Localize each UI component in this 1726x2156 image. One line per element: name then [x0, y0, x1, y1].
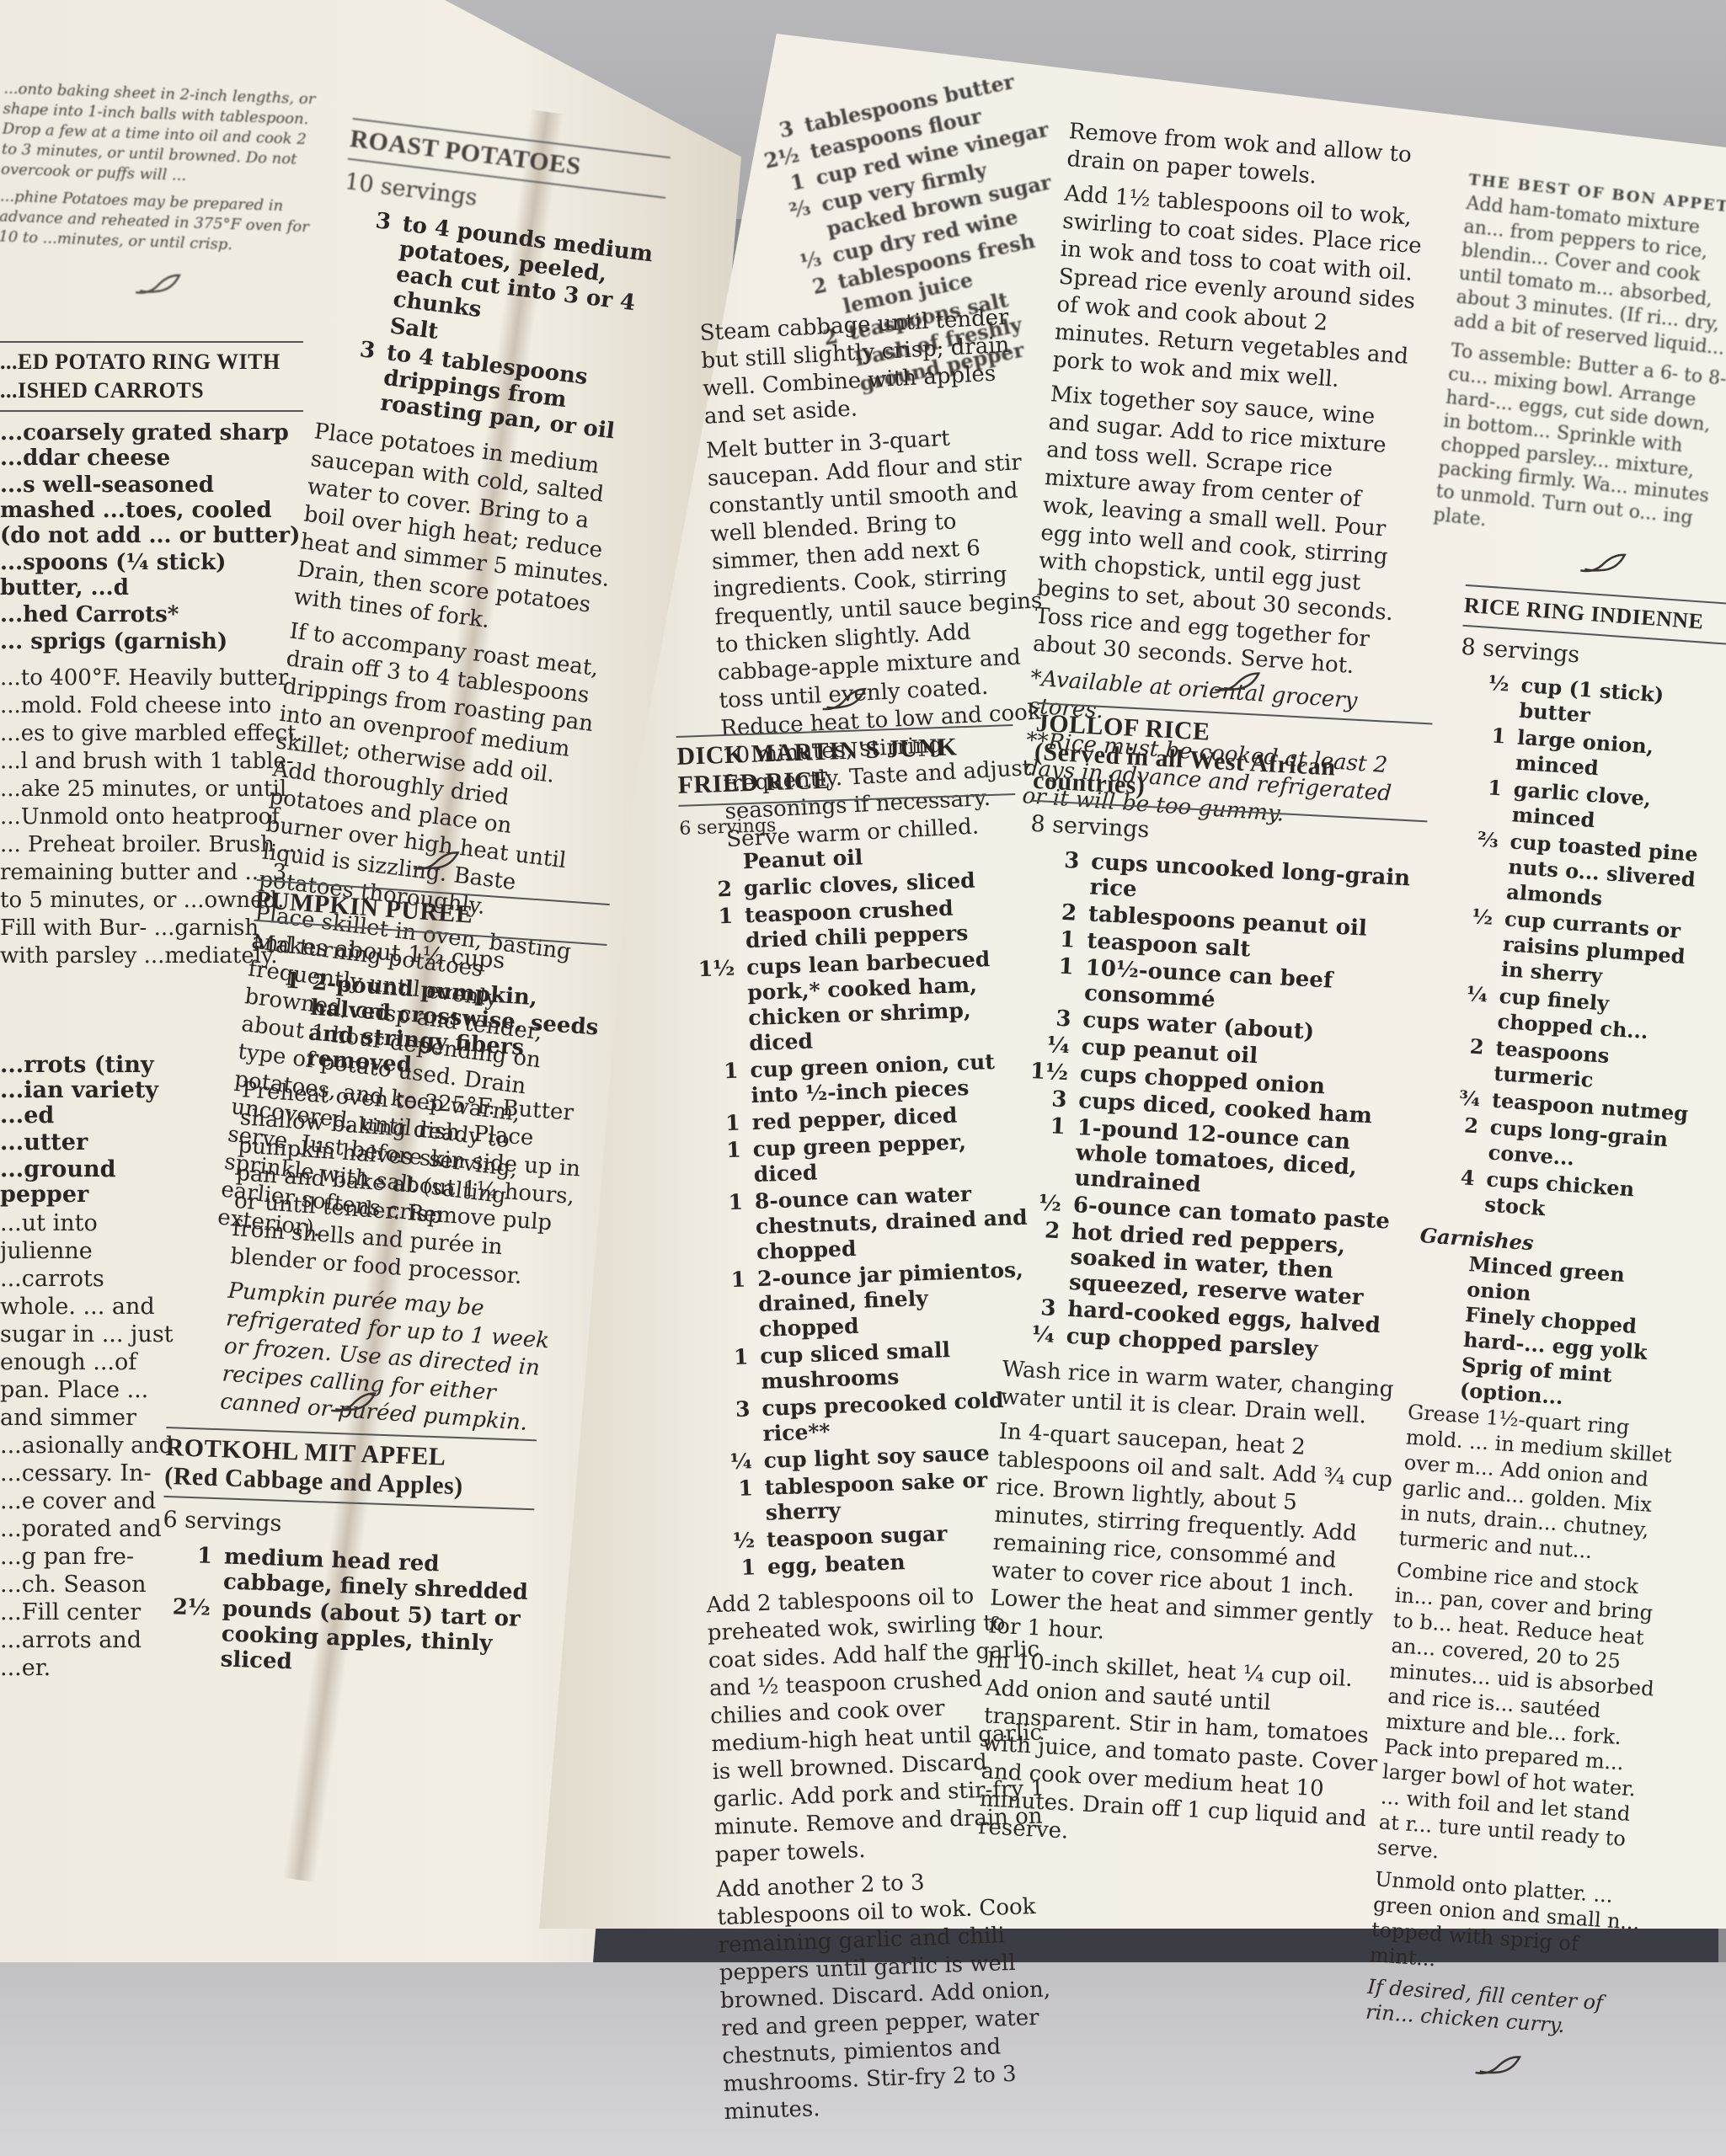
- leaf-ornament-icon: [818, 684, 869, 714]
- recipe-method: Preheat oven to 325°F. Butter shallow ba…: [229, 1076, 596, 1295]
- ingredient: ...hed Carrots*: [0, 602, 303, 627]
- ingredient-list: 3cups uncooked long-grain rice 2tablespo…: [1003, 846, 1424, 1367]
- fragment-note: ...phine Potatoes may be prepared in adv…: [0, 186, 320, 258]
- left-column-1: ...onto baking sheet in 2-inch lengths, …: [0, 78, 324, 320]
- recipe-method-step: Steam cabbage until tender but still sli…: [699, 303, 1033, 431]
- fragment-method: ...onto baking sheet in 2-inch lengths, …: [1, 78, 324, 190]
- ingredient: ...ground pepper: [0, 1157, 185, 1208]
- ingredient: ...rrots (tiny ...ian variety ...ed: [0, 1053, 185, 1129]
- recipe-title: ROTKOHL MIT APFEL (Red Cabbage and Apple…: [163, 1427, 537, 1510]
- recipe-method-step: Add another 2 to 3 tablespoons oil to wo…: [716, 1865, 1061, 2127]
- ingredient-list: Peanut oil 2garlic cloves, sliced 1teasp…: [680, 840, 1042, 1582]
- ingredient-list: 12-pound pumpkin, halved crosswise, seed…: [243, 966, 603, 1091]
- garnish-list: Minced green onion Finely chopped hard-.…: [1408, 1248, 1688, 1418]
- recipe-title: ...ED POTATO RING WITH ...ISHED CARROTS: [0, 341, 303, 412]
- recipe-method-step: In 4-quart saucepan, heat 2 tablespoons …: [988, 1418, 1395, 1661]
- ingredient-list: 1medium head red cabbage, finely shredde…: [158, 1542, 532, 1683]
- recipe-title: JOLLOF RICE (Served in all West African …: [1032, 702, 1433, 822]
- ingredient-list: 3to 4 pounds medium potatoes, peeled, ea…: [317, 204, 660, 446]
- burgundy-carrots-recipe: ...rrots (tiny ...ian variety ...ed ...u…: [0, 1053, 185, 1689]
- ingredient: 1½cups lean barbecued pork,* cooked ham,…: [684, 946, 1024, 1059]
- leaf-ornament-icon: [131, 269, 183, 299]
- ingredient: 1teaspoon crushed dried chili peppers: [682, 894, 1021, 956]
- ingredient: ... sprigs (garnish): [0, 629, 303, 654]
- ingredient: 1cup green pepper, diced: [690, 1128, 1029, 1190]
- recipe-method-step: Add 1½ tablespoons oil to wok, swirling …: [1052, 180, 1435, 400]
- leaf-ornament-icon: [327, 1387, 378, 1417]
- recipe-yield: 6 servings: [163, 1506, 534, 1546]
- ingredient: ...s well-seasoned mashed ...toes, coole…: [0, 472, 303, 548]
- far-right-column: THE BEST OF BON APPET Add ham-tomato mix…: [1431, 168, 1726, 563]
- leaf-ornament-icon: [409, 845, 462, 877]
- recipe-title: DICK MARTIN'S JUNK FRIED RICE: [676, 724, 1016, 807]
- recipe-yield: 6 servings: [679, 803, 1017, 843]
- ingredient: 18-ounce can water chestnuts, drained an…: [692, 1180, 1031, 1267]
- ingredient: ...spoons (¼ stick) butter, ...d: [0, 550, 303, 600]
- ingredient: ...coarsely grated sharp ...ddar cheese: [0, 420, 303, 471]
- recipe-method-step: In 10-inch skillet, heat ¼ cup oil. Add …: [977, 1646, 1382, 1861]
- recipe-method-step: Mix together soy sauce, wine and sugar. …: [1032, 381, 1421, 684]
- ingredient-list: ½cup (1 stick) butter 1large onion, minc…: [1422, 669, 1726, 1232]
- recipe-method-step: Add ham-tomato mixture an... from pepper…: [1453, 192, 1726, 362]
- pumpkin-puree-recipe: PUMPKIN PUREE Makes about 1½ cups 12-pou…: [219, 817, 614, 1448]
- ingredient: ...utter: [0, 1130, 185, 1155]
- recipe-method-step: Grease 1½-quart ring mold. ... in medium…: [1398, 1399, 1678, 1569]
- ingredient: 1cup sliced small mushrooms: [697, 1335, 1036, 1397]
- recipe-subtitle: (Served in all West African countries): [1032, 738, 1430, 816]
- recipe-method-step: Unmold onto platter. ... green onion and…: [1369, 1866, 1645, 1986]
- recipe-method: ...ut into julienne ...carrots whole. ..…: [0, 1209, 185, 1682]
- rotkohl-recipe: ROTKOHL MIT APFEL (Red Cabbage and Apple…: [158, 1364, 539, 1693]
- recipe-subtitle: (Red Cabbage and Apples): [164, 1462, 536, 1503]
- leaf-ornament-icon: [1210, 666, 1263, 697]
- leaf-ornament-icon: [1471, 2049, 1523, 2081]
- ingredient: 12-pound pumpkin, halved crosswise, seed…: [243, 966, 603, 1091]
- ingredient: 12-ounce jar pimientos, drained, finely …: [695, 1257, 1034, 1345]
- jollof-rice-recipe: JOLLOF RICE (Served in all West African …: [977, 640, 1436, 1869]
- ingredient: 2½pounds (about 5) tart or cooking apple…: [158, 1594, 531, 1683]
- ingredient: 1tablespoon sake or sherry: [702, 1465, 1040, 1528]
- recipe-method-step: Place potatoes in medium saucepan with c…: [292, 418, 633, 650]
- leaf-ornament-icon: [1576, 547, 1628, 579]
- ingredient: 1cup green onion, cut into ½-inch pieces: [687, 1049, 1026, 1111]
- ingredient-list: ...coarsely grated sharp ...ddar cheese …: [0, 420, 303, 654]
- ingredient: 3cups precooked cold rice**: [699, 1387, 1038, 1449]
- recipe-method-step: Combine rice and stock in... pan, cover …: [1376, 1557, 1666, 1878]
- recipe-note: If desired, fill center of rin... chicke…: [1365, 1974, 1637, 2043]
